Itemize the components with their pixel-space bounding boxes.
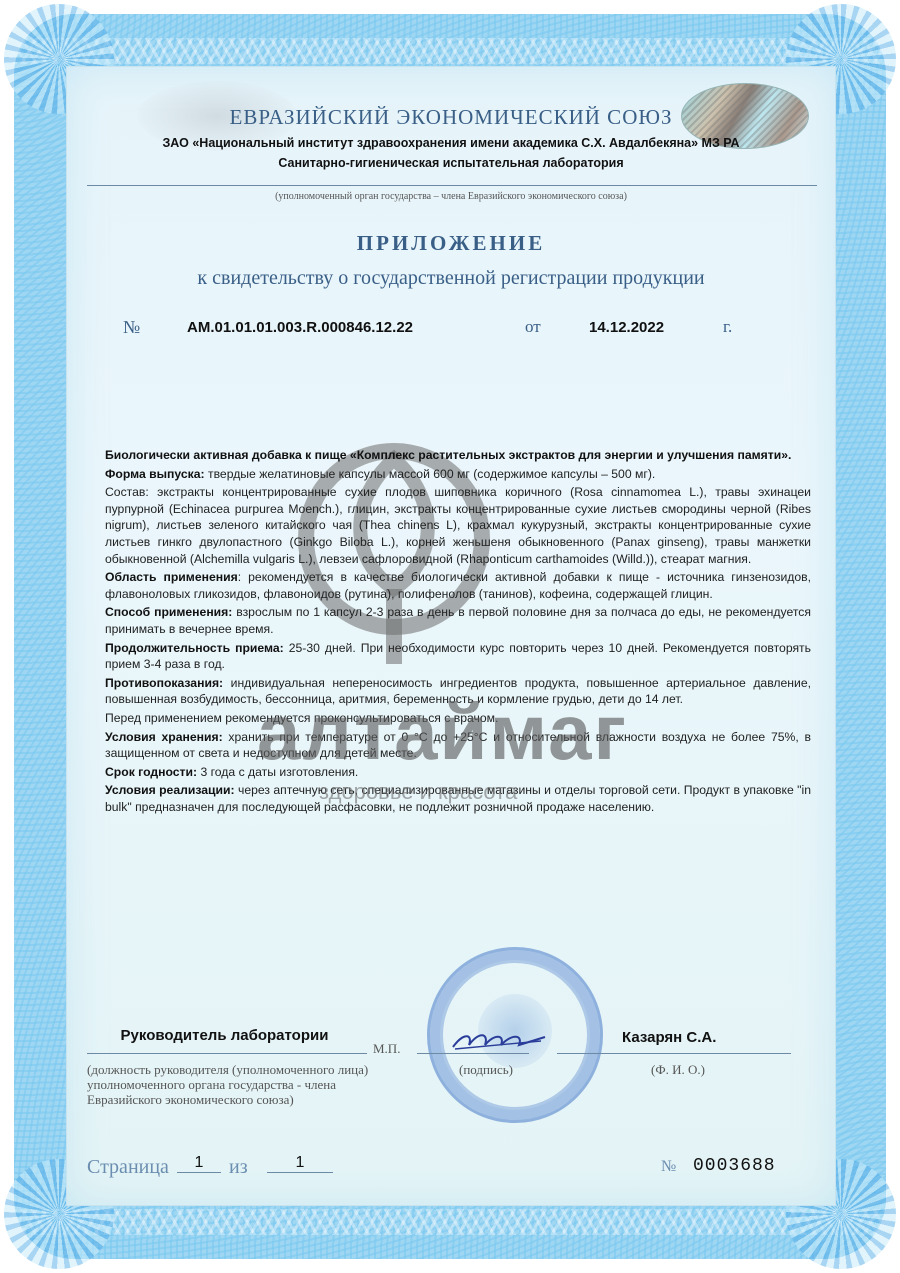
from-label: от [525,317,541,337]
product-description: Биологически активная добавка к пище «Ко… [105,447,811,817]
union-heading: ЕВРАЗИЙСКИЙ ЭКОНОМИЧЕСКИЙ СОЮЗ [67,105,835,130]
section-storage: Условия хранения: хранить при температур… [105,729,811,762]
page-footer: Страница 1 из 1 № 0003688 [87,1152,817,1182]
border-wave-top [14,38,886,64]
laboratory-name: Санитарно-гигиеническая испытательная ла… [67,156,835,170]
certificate-sheet: ЕВРАЗИЙСКИЙ ЭКОНОМИЧЕСКИЙ СОЮЗ ЗАО «Наци… [66,66,836,1206]
section-duration: Продолжительность приема: 25-30 дней. Пр… [105,640,811,673]
section-sales-conditions: Условия реализации: через аптечную сеть,… [105,782,811,815]
section-label: Противопоказания: [105,676,223,690]
section-label: Условия хранения: [105,730,223,744]
serial-number-sign: № [661,1158,676,1176]
role-underline [87,1053,367,1054]
seal-place-label: М.П. [373,1041,400,1057]
section-label: Продолжительность приема: [105,641,284,655]
header-divider [87,185,817,186]
signatory-role: Руководитель лаборатории [87,1027,362,1044]
section-release-form: Форма выпуска: твердые желатиновые капсу… [105,466,811,483]
signatory-name: Казарян С.А. [622,1029,716,1046]
section-shelf-life: Срок годности: 3 года с даты изготовлени… [105,764,811,781]
organization-name: ЗАО «Национальный институт здравоохранен… [67,136,835,150]
document-title: ПРИЛОЖЕНИЕ [67,231,835,256]
section-contraindications: Противопоказания: индивидуальная неперен… [105,675,811,708]
number-sign: № [123,317,140,338]
section-label: Форма выпуска: [105,467,205,481]
handwritten-signature-icon [449,1027,549,1055]
of-label: из [229,1156,248,1179]
registration-date: 14.12.2022 [589,319,664,336]
section-consult-note: Перед применением рекомендуется проконсу… [105,710,811,727]
year-suffix: г. [723,317,732,337]
position-caption: (должность руководителя (уполномоченного… [87,1062,387,1107]
section-label: Область применения [105,570,238,584]
header-caption: (уполномоченный орган государства – член… [67,191,835,202]
fio-caption: (Ф. И. О.) [651,1062,705,1078]
registration-number: AM.01.01.01.003.R.000846.12.22 [187,319,413,336]
name-underline [557,1053,791,1054]
section-composition: Состав: экстракты концентрированные сухи… [105,484,811,567]
product-name: Биологически активная добавка к пище «Ко… [105,447,811,464]
section-label: Способ применения: [105,605,232,619]
section-application-area: Область применения: рекомендуется в каче… [105,569,811,602]
document-subtitle: к свидетельству о государственной регист… [67,267,835,290]
signature-caption: (подпись) [459,1062,513,1078]
form-serial-number: 0003688 [693,1156,776,1176]
current-page: 1 [177,1154,221,1173]
border-wave-bottom [14,1209,886,1235]
section-label: Срок годности: [105,765,197,779]
signature-underline [417,1053,529,1054]
total-pages: 1 [267,1154,333,1173]
registration-line: № AM.01.01.01.003.R.000846.12.22 от 14.1… [67,317,835,341]
page-label: Страница [87,1156,169,1179]
section-label: Условия реализации: [105,783,235,797]
section-usage: Способ применения: взрослым по 1 капсул … [105,604,811,637]
